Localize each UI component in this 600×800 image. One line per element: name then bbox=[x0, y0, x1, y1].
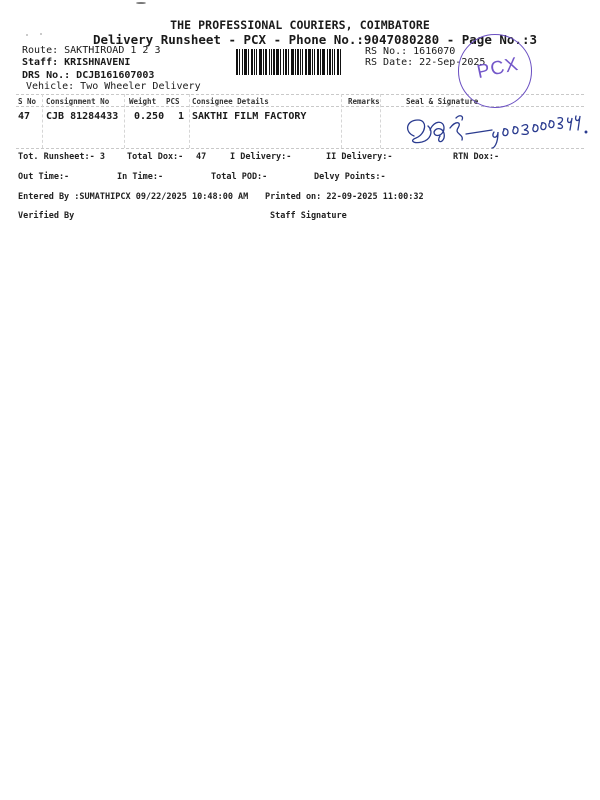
verified-by: Verified By bbox=[18, 211, 74, 221]
scan-artifact bbox=[136, 2, 146, 4]
cell-pcs: 1 bbox=[178, 111, 184, 122]
tot-runsheet: Tot. Runsheet:- 3 bbox=[18, 152, 105, 162]
vehicle-label: Vehicle: Two Wheeler Delivery bbox=[26, 81, 201, 92]
column-header-remarks: Remarks bbox=[348, 97, 380, 106]
staff-signature: Staff Signature bbox=[270, 211, 347, 221]
column-header-pcs: PCS bbox=[166, 97, 180, 106]
cell-weight: 0.250 bbox=[134, 111, 164, 122]
delvy-points: Delvy Points:- bbox=[314, 172, 386, 182]
column-divider bbox=[124, 94, 125, 148]
total-dox-value: 47 bbox=[196, 152, 206, 162]
column-header-seal-signature: Seal & Signature bbox=[406, 97, 478, 106]
column-divider bbox=[42, 94, 43, 148]
column-header-consignment-no: Consignment No bbox=[46, 97, 109, 106]
rs-number: RS No.: 1616070 bbox=[365, 46, 455, 57]
column-divider bbox=[189, 94, 190, 148]
i-delivery: I Delivery:- bbox=[230, 152, 291, 162]
scan-artifact bbox=[26, 34, 28, 36]
pcx-stamp: PCX bbox=[458, 34, 532, 108]
in-time: In Time:- bbox=[117, 172, 163, 182]
printed-on: Printed on: 22-09-2025 11:00:32 bbox=[265, 192, 424, 202]
staff-label: Staff: KRISHNAVENI bbox=[22, 57, 130, 68]
handwritten-signature-icon bbox=[400, 108, 590, 150]
column-divider bbox=[380, 94, 381, 148]
route-label: Route: SAKTHIROAD 1 2 3 bbox=[22, 45, 160, 56]
total-dox-label: Total Dox:- bbox=[127, 152, 183, 162]
stamp-text: PCX bbox=[475, 54, 521, 84]
column-header-weight: Weight bbox=[129, 97, 156, 106]
out-time: Out Time:- bbox=[18, 172, 69, 182]
document-title: THE PROFESSIONAL COURIERS, COIMBATORE bbox=[0, 18, 600, 32]
cell-consignee: SAKTHI FILM FACTORY bbox=[192, 111, 306, 122]
scan-artifact bbox=[40, 33, 42, 35]
total-pod: Total POD:- bbox=[211, 172, 267, 182]
column-header-consignee-details: Consignee Details bbox=[192, 97, 269, 106]
cell-s-no: 47 bbox=[18, 111, 30, 122]
ii-delivery: II Delivery:- bbox=[326, 152, 393, 162]
drs-number: DRS No.: DCJB161607003 bbox=[22, 70, 154, 81]
barcode-icon bbox=[236, 49, 362, 75]
rtn-dox: RTN Dox:- bbox=[453, 152, 499, 162]
entered-by: Entered By :SUMATHIPCX 09/22/2025 10:48:… bbox=[18, 192, 248, 202]
column-header-s-no: S No bbox=[18, 97, 36, 106]
cell-consignment-no: CJB 81284433 bbox=[46, 111, 118, 122]
column-divider bbox=[341, 94, 342, 148]
